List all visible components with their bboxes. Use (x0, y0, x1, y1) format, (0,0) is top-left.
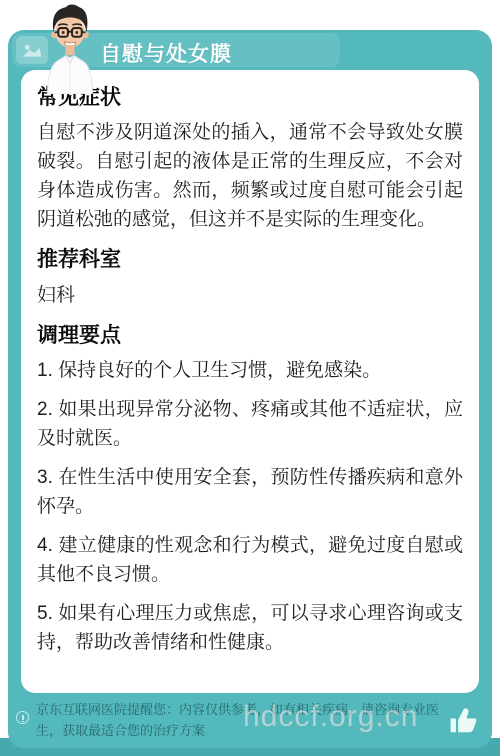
list-item: 5. 如果有心理压力或焦虑，可以寻求心理咨询或支持，帮助改善情绪和性健康。 (37, 599, 463, 657)
paragraph-symptoms: 自慰不涉及阴道深处的插入，通常不会导致处女膜破裂。自慰引起的液体是正常的生理反应… (37, 118, 463, 234)
app-panel: 自慰与处女膜 常见症状 自慰不涉及阴道深处的插入，通常不会导致处女膜破裂。自慰引… (8, 30, 492, 748)
section-heading-department: 推荐科室 (37, 246, 463, 273)
doctor-avatar (34, 2, 106, 94)
section-heading-care: 调理要点 (37, 322, 463, 349)
page-title: 自慰与处女膜 (100, 38, 232, 68)
list-item: 4. 建立健康的性观念和行为模式，避免过度自慰或其他不良习惯。 (37, 531, 463, 589)
thumbs-up-icon[interactable] (449, 705, 479, 737)
list-item: 3. 在性生活中使用安全套，预防性传播疾病和意外怀孕。 (37, 463, 463, 521)
info-icon (16, 711, 29, 724)
footer-disclaimer: 京东互联网医院提醒您：内容仅供参考，如有相关疾病，请咨询专业医生，获取最适合您的… (36, 699, 444, 741)
list-item: 2. 如果出现异常分泌物、疼痛或其他不适症状，应及时就医。 (37, 395, 463, 453)
list-item: 1. 保持良好的个人卫生习惯，避免感染。 (37, 356, 463, 385)
paragraph-department: 妇科 (37, 281, 463, 310)
content-card: 常见症状 自慰不涉及阴道深处的插入，通常不会导致处女膜破裂。自慰引起的液体是正常… (21, 70, 479, 693)
footer: 京东互联网医院提醒您：内容仅供参考，如有相关疾病，请咨询专业医生，获取最适合您的… (8, 690, 492, 748)
